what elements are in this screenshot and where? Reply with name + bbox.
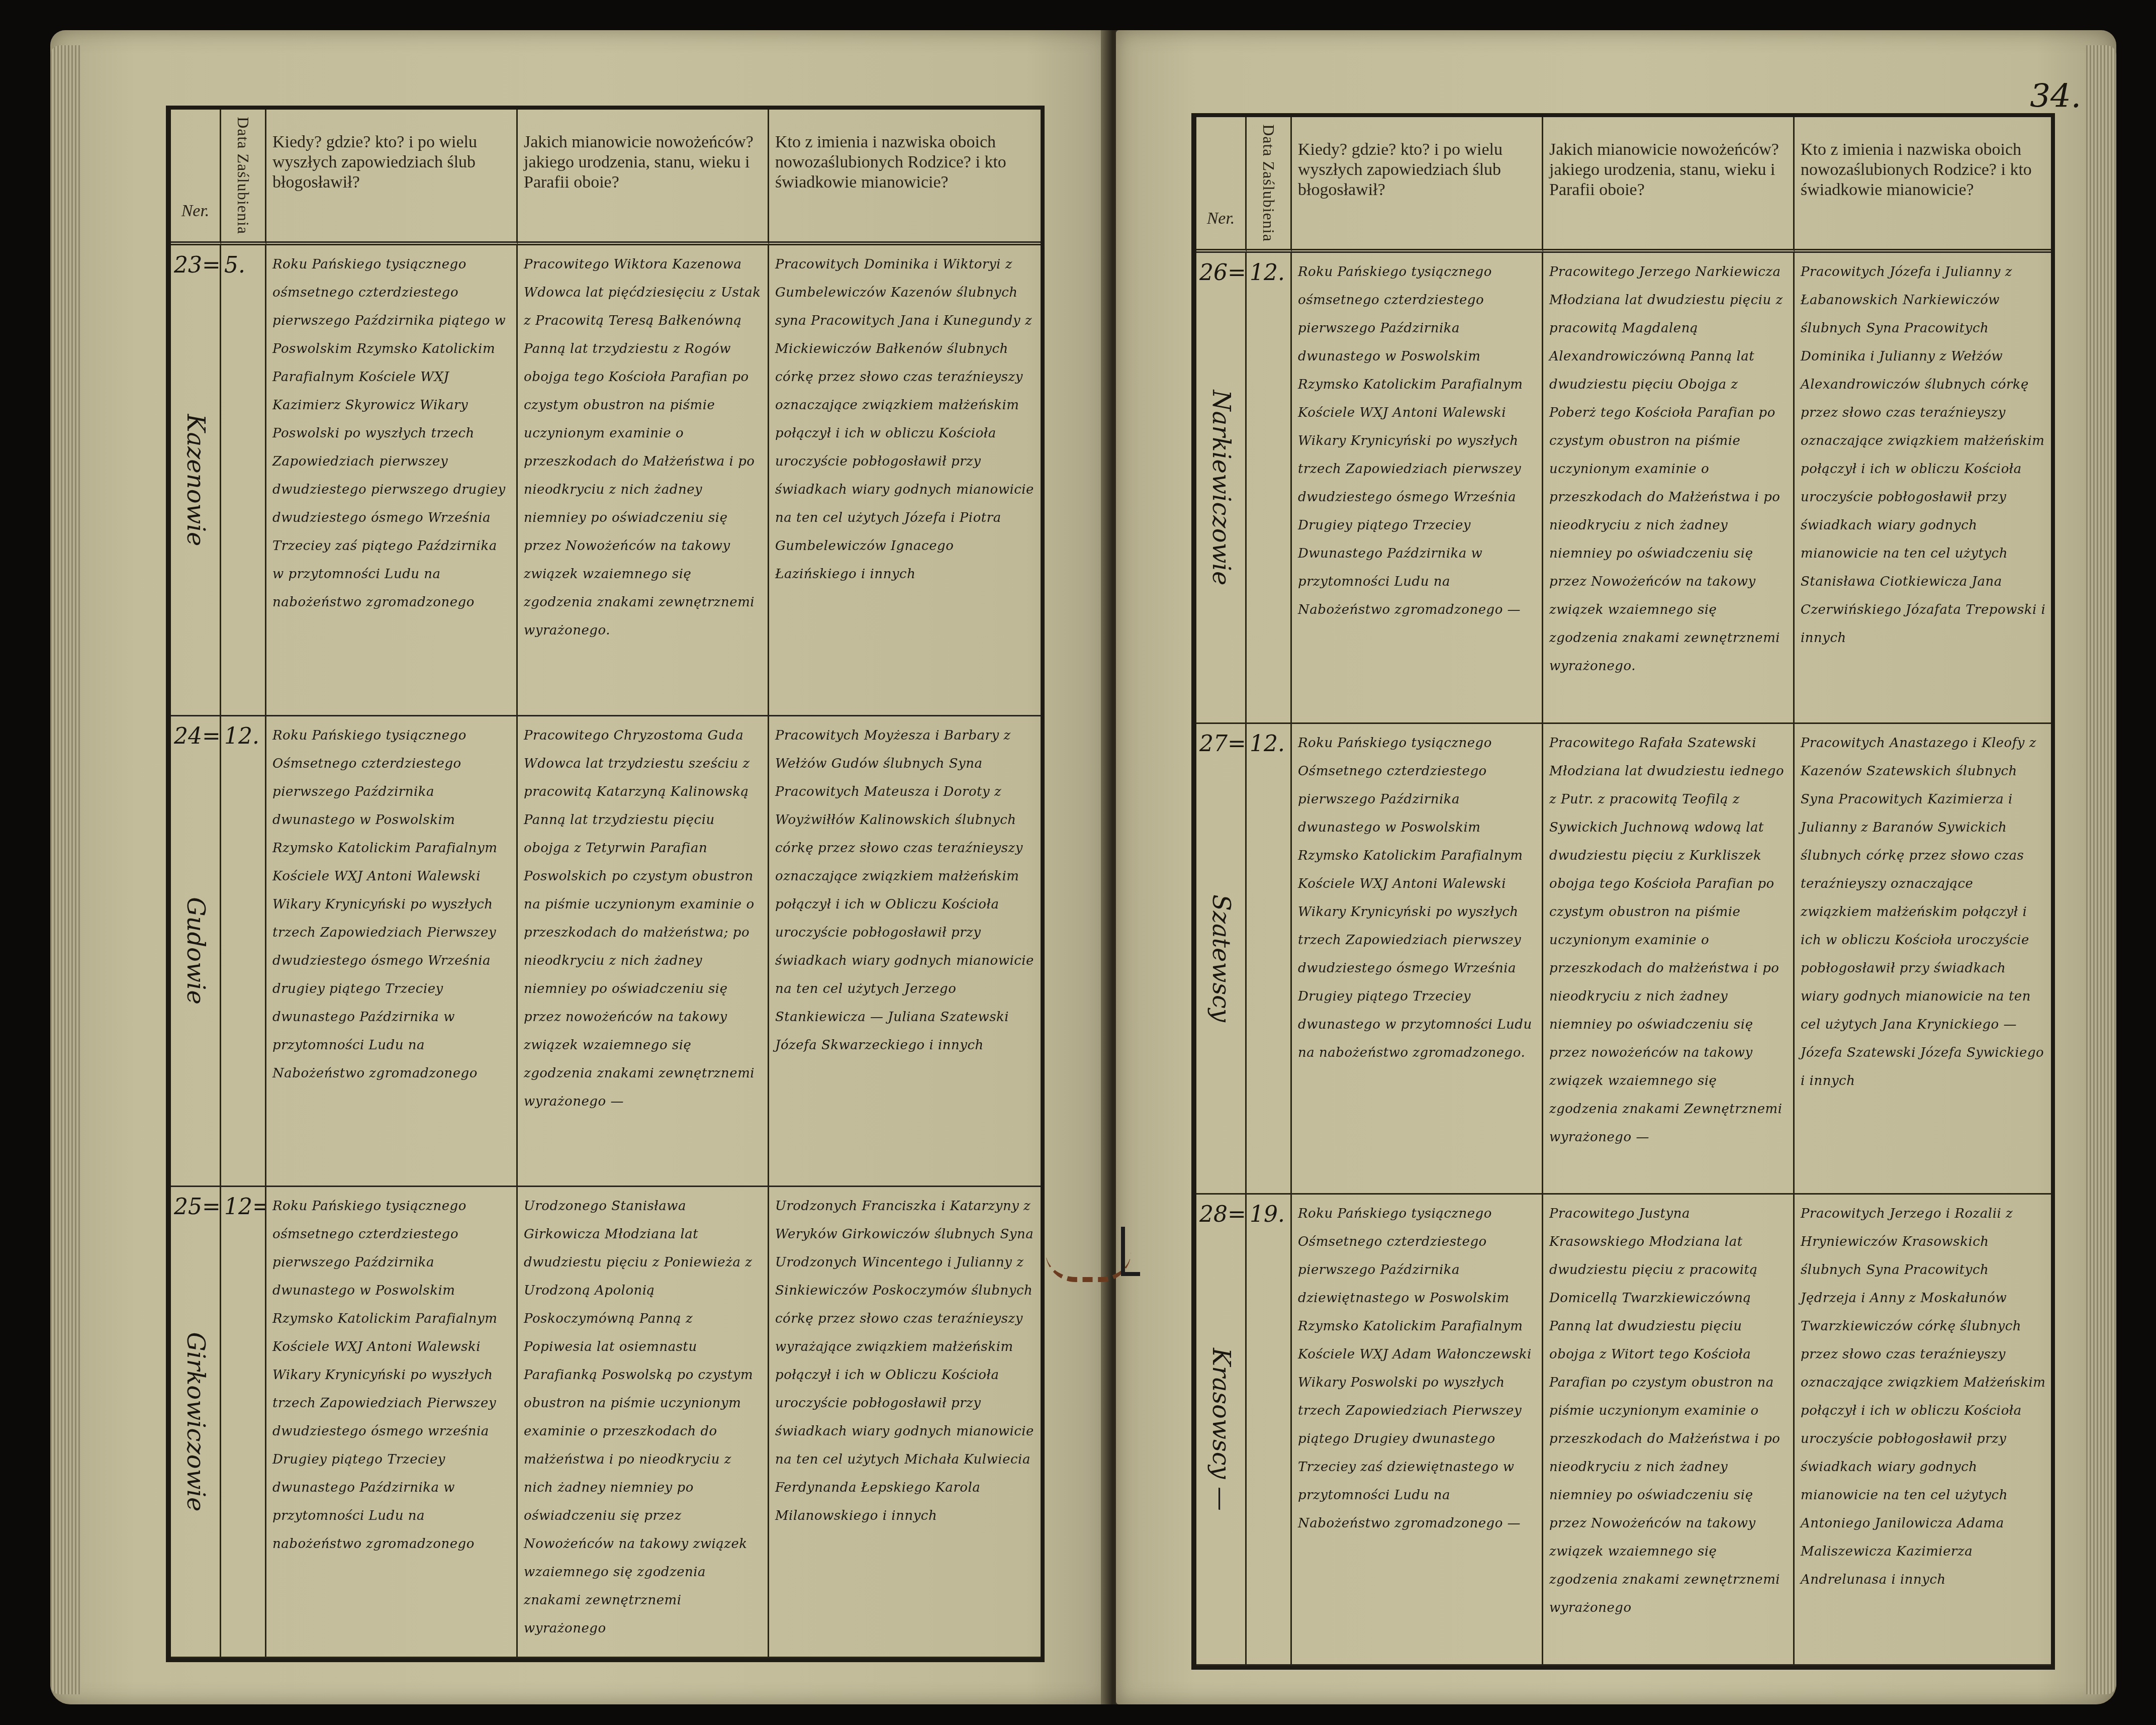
header-who: Jakich mianowicie nowożeńców? jakiego ur…: [518, 110, 769, 245]
entry-number: 24=: [171, 716, 220, 756]
entry-when: Roku Pańskiego tysiącznego Ośmsetnego cz…: [1292, 1195, 1542, 1537]
entry-parents: Pracowitych Anastazego i Kleofy z Kazenó…: [1795, 724, 2051, 1095]
entry-when-cell: Roku Pańskiego tysiącznego ośmsetnego cz…: [1292, 253, 1543, 724]
header-number-label: Ner.: [1207, 209, 1235, 229]
margin-surname: Szatewscy: [1207, 894, 1235, 1022]
entry-who: Pracowitego Chryzostoma Guda Wdowca lat …: [518, 716, 768, 1116]
entry-date: 19.: [1247, 1195, 1290, 1234]
entry-who-cell: Pracowitego Wiktora Kazenowa Wdowca lat …: [518, 245, 769, 716]
entry-date-cell: 12.: [1247, 724, 1292, 1195]
entry-number-cell: 28= Krasowscy —: [1196, 1195, 1247, 1666]
entry-who-cell: Pracowitego Jerzego Narkiewicza Młodzian…: [1543, 253, 1795, 724]
entry-date-cell: 12=: [221, 1187, 266, 1658]
register-table-left: Ner. Data Zaślubienia Kiedy? gdzie? kto?…: [166, 106, 1045, 1662]
entry-who: Urodzonego Stanisława Girkowicza Młodzia…: [518, 1187, 768, 1643]
binding-thread: [1046, 1237, 1131, 1282]
entry-date: 12.: [221, 716, 265, 756]
entry-number-cell: 23= Kazenowie: [171, 245, 221, 716]
entry-who-cell: Pracowitego Chryzostoma Guda Wdowca lat …: [518, 716, 769, 1188]
entry-date-cell: 12.: [221, 716, 266, 1188]
margin-surname: Narkiewiczowie: [1207, 390, 1235, 585]
entry-who-cell: Pracowitego Justyna Krasowskiego Młodzia…: [1543, 1195, 1795, 1666]
entry-when: Roku Pańskiego tysiącznego ośmsetnego cz…: [1292, 253, 1542, 624]
entry-when-cell: Roku Pańskiego tysiącznego Ośmsetnego cz…: [1292, 724, 1543, 1195]
entry-parents: Pracowitych Dominika i Wiktoryi z Gumbel…: [769, 245, 1041, 588]
entry-parents-cell: Pracowitych Anastazego i Kleofy z Kazenó…: [1795, 724, 2051, 1195]
entry-number: 23=: [171, 245, 220, 285]
header-who: Jakich mianowicie nowożeńców? jakiego ur…: [1543, 117, 1795, 253]
entry-number: 26=: [1196, 253, 1245, 293]
entry-number-cell: 25= Girkowiczowie: [171, 1187, 221, 1658]
right-page: 34. Ner. Data Zaślubienia Kiedy? gdzie? …: [1116, 30, 2116, 1704]
header-date-label: Data Zaślubienia: [233, 117, 253, 234]
entry-date-cell: 12.: [1247, 253, 1292, 724]
open-register-book: Ner. Data Zaślubienia Kiedy? gdzie? kto?…: [20, 30, 2146, 1709]
margin-surname: Kazenowie: [181, 414, 210, 546]
entry-parents-cell: Pracowitych Józefa i Julianny z Łabanows…: [1795, 253, 2051, 724]
entry-when: Roku Pańskiego tysiącznego ośmsetnego cz…: [266, 245, 516, 616]
entry-when: Roku Pańskiego tysiącznego Ośmsetnego cz…: [266, 716, 516, 1087]
entry-parents-cell: Urodzonych Franciszka i Katarzyny z Wery…: [769, 1187, 1041, 1658]
entry-date: 5.: [221, 245, 265, 285]
entry-number-cell: 24= Gudowie: [171, 716, 221, 1188]
entry-who-cell: Pracowitego Rafała Szatewski Młodziana l…: [1543, 724, 1795, 1195]
entry-who: Pracowitego Wiktora Kazenowa Wdowca lat …: [518, 245, 768, 645]
header-number: Ner.: [1196, 117, 1247, 253]
left-page: Ner. Data Zaślubienia Kiedy? gdzie? kto?…: [50, 30, 1111, 1704]
entry-parents-cell: Pracowitych Dominika i Wiktoryi z Gumbel…: [769, 245, 1041, 716]
entry-parents: Pracowitych Moyżesza i Barbary z Wełżów …: [769, 716, 1041, 1059]
entry-parents-cell: Pracowitych Jerzego i Rozalii z Hryniewi…: [1795, 1195, 2051, 1666]
header-parents: Kto z imienia i nazwiska oboich nowozaśl…: [769, 110, 1041, 245]
entry-parents: Pracowitych Józefa i Julianny z Łabanows…: [1795, 253, 2051, 652]
entry-number: 27=: [1196, 724, 1245, 764]
entry-number-cell: 26= Narkiewiczowie: [1196, 253, 1247, 724]
register-table-right: Ner. Data Zaślubienia Kiedy? gdzie? kto?…: [1191, 113, 2055, 1670]
header-number-label: Ner.: [181, 201, 210, 221]
entry-who: Pracowitego Rafała Szatewski Młodziana l…: [1543, 724, 1793, 1151]
entry-date: 12.: [1247, 724, 1290, 764]
entry-date: 12.: [1247, 253, 1290, 293]
entry-date: 12=: [221, 1187, 265, 1227]
entry-when: Roku Pańskiego tysiącznego ośmsetnego cz…: [266, 1187, 516, 1558]
entry-parents-cell: Pracowitych Moyżesza i Barbary z Wełżów …: [769, 716, 1041, 1188]
margin-surname: Girkowiczowie: [181, 1332, 210, 1512]
page-edges-left: [50, 45, 80, 1694]
header-when: Kiedy? gdzie? kto? i po wielu wyszłych z…: [266, 110, 518, 245]
entry-who: Pracowitego Jerzego Narkiewicza Młodzian…: [1543, 253, 1793, 680]
header-number: Ner.: [171, 110, 221, 245]
page-edges-right: [2086, 45, 2116, 1694]
header-date-label: Data Zaślubienia: [1259, 124, 1279, 242]
entry-who-cell: Urodzonego Stanisława Girkowicza Młodzia…: [518, 1187, 769, 1658]
entry-when-cell: Roku Pańskiego tysiącznego Ośmsetnego cz…: [1292, 1195, 1543, 1666]
header-date: Data Zaślubienia: [1247, 117, 1292, 253]
entry-number: 28=: [1196, 1195, 1245, 1234]
header-date: Data Zaślubienia: [221, 110, 266, 245]
page-number: 34.: [2030, 78, 2081, 115]
entry-date-cell: 19.: [1247, 1195, 1292, 1666]
margin-surname: Krasowscy —: [1207, 1348, 1235, 1511]
entry-date-cell: 5.: [221, 245, 266, 716]
entry-when-cell: Roku Pańskiego tysiącznego Ośmsetnego cz…: [266, 716, 518, 1188]
entry-when-cell: Roku Pańskiego tysiącznego ośmsetnego cz…: [266, 245, 518, 716]
header-parents: Kto z imienia i nazwiska oboich nowozaśl…: [1795, 117, 2051, 253]
entry-number-cell: 27= Szatewscy: [1196, 724, 1247, 1195]
entry-who: Pracowitego Justyna Krasowskiego Młodzia…: [1543, 1195, 1793, 1622]
header-when: Kiedy? gdzie? kto? i po wielu wyszłych z…: [1292, 117, 1543, 253]
entry-parents: Urodzonych Franciszka i Katarzyny z Wery…: [769, 1187, 1041, 1530]
entry-when-cell: Roku Pańskiego tysiącznego ośmsetnego cz…: [266, 1187, 518, 1658]
entry-when: Roku Pańskiego tysiącznego Ośmsetnego cz…: [1292, 724, 1542, 1067]
margin-surname: Gudowie: [181, 897, 210, 1005]
entry-parents: Pracowitych Jerzego i Rozalii z Hryniewi…: [1795, 1195, 2051, 1594]
entry-number: 25=: [171, 1187, 220, 1227]
